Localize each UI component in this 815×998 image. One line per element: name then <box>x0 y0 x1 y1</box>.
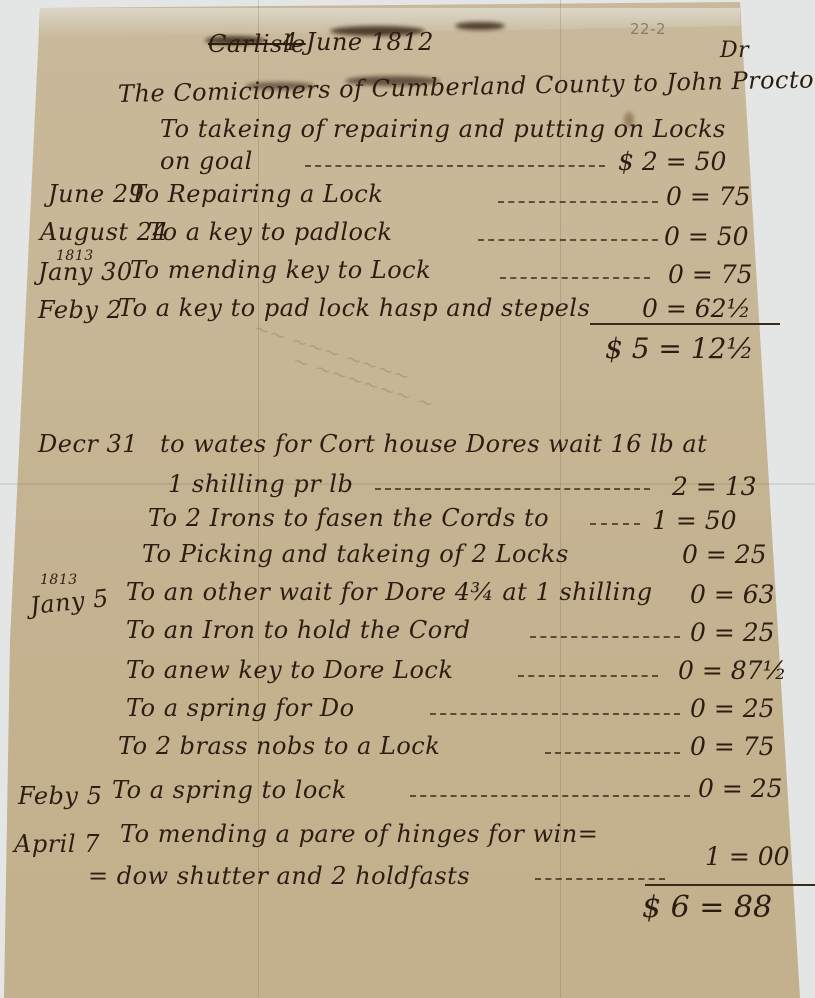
leader-dashes <box>375 488 650 490</box>
section-total: $ 5 = 12½ <box>605 332 754 365</box>
entry-amount: 1 = 50 <box>652 506 737 535</box>
entry-description: To anew key to Dore Lock <box>126 656 453 684</box>
leader-dashes <box>590 523 640 525</box>
entry-amount: 0 = 75 <box>666 182 751 211</box>
entry-amount: 0 = 25 <box>682 540 767 569</box>
entry-amount: 0 = 87½ <box>678 656 787 685</box>
entry-description: To an Iron to hold the Cord <box>126 616 470 644</box>
section-total: $ 6 = 88 <box>642 890 772 925</box>
leader-dashes <box>498 201 658 203</box>
total-rule <box>645 884 815 886</box>
debit-marker: Dr <box>720 38 749 63</box>
entry-date: Jany 30 <box>38 258 133 286</box>
entry-date: April 7 <box>14 830 100 858</box>
entry-description: to wates for Cort house Dores wait 16 lb… <box>160 430 707 458</box>
entry-description-cont: 1 shilling pr lb <box>168 470 353 498</box>
entry-description: To 2 Irons to fasen the Cords to <box>148 504 549 532</box>
leader-dashes <box>530 636 680 638</box>
entry-amount: $ 2 = 50 <box>618 147 726 176</box>
fold-line <box>258 0 259 998</box>
entry-amount: 0 = 25 <box>690 694 775 723</box>
entry-description: To mending key to Lock <box>130 256 431 284</box>
entry-date: Decr 31 <box>38 430 138 458</box>
entry-amount: 0 = 50 <box>664 222 749 251</box>
entry-description: To Picking and takeing of 2 Locks <box>142 540 569 568</box>
entry-description: To takeing of repairing and putting on L… <box>160 115 726 143</box>
leader-dashes <box>518 675 658 677</box>
entry-description: To Repairing a Lock <box>130 180 383 208</box>
header-date: 4 June 1812 <box>282 28 434 56</box>
entry-description-cont: = dow shutter and 2 holdfasts <box>88 862 470 890</box>
entry-amount: 2 = 13 <box>672 472 757 501</box>
entry-amount: 0 = 62½ <box>642 294 751 323</box>
fold-line <box>560 0 561 998</box>
leader-dashes <box>478 239 658 241</box>
entry-description: To mending a pare of hinges for win= <box>120 820 598 848</box>
entry-amount: 1 = 00 <box>705 842 790 871</box>
year-note: 1813 <box>40 572 78 588</box>
entry-description: To a spring for Do <box>126 694 355 722</box>
entry-description: To 2 brass nobs to a Lock <box>118 732 440 760</box>
leader-dashes <box>410 795 690 797</box>
archive-number: 22-2 <box>630 20 666 38</box>
entry-description-cont: on goal <box>160 147 253 175</box>
ink-blot <box>455 22 505 30</box>
entry-description: To an other wait for Dore 4¾ at 1 shilli… <box>126 578 653 606</box>
entry-description: To a key to padlock <box>148 218 392 246</box>
entry-amount: 0 = 25 <box>698 774 783 803</box>
entry-amount: 0 = 75 <box>690 732 775 761</box>
entry-date: Feby 5 <box>18 782 102 810</box>
leader-dashes <box>535 878 665 880</box>
entry-date: Feby 2 <box>38 296 122 324</box>
leader-dashes <box>500 277 650 279</box>
total-rule <box>590 323 780 325</box>
entry-description: To a spring to lock <box>112 776 347 804</box>
leader-dashes <box>430 713 680 715</box>
entry-amount: 0 = 75 <box>668 260 753 289</box>
entry-amount: 0 = 25 <box>690 618 775 647</box>
leader-dashes <box>545 752 680 754</box>
entry-amount: 0 = 63 <box>690 580 775 609</box>
entry-description: To a key to pad lock hasp and stepels <box>118 294 590 322</box>
leader-dashes <box>305 165 605 167</box>
